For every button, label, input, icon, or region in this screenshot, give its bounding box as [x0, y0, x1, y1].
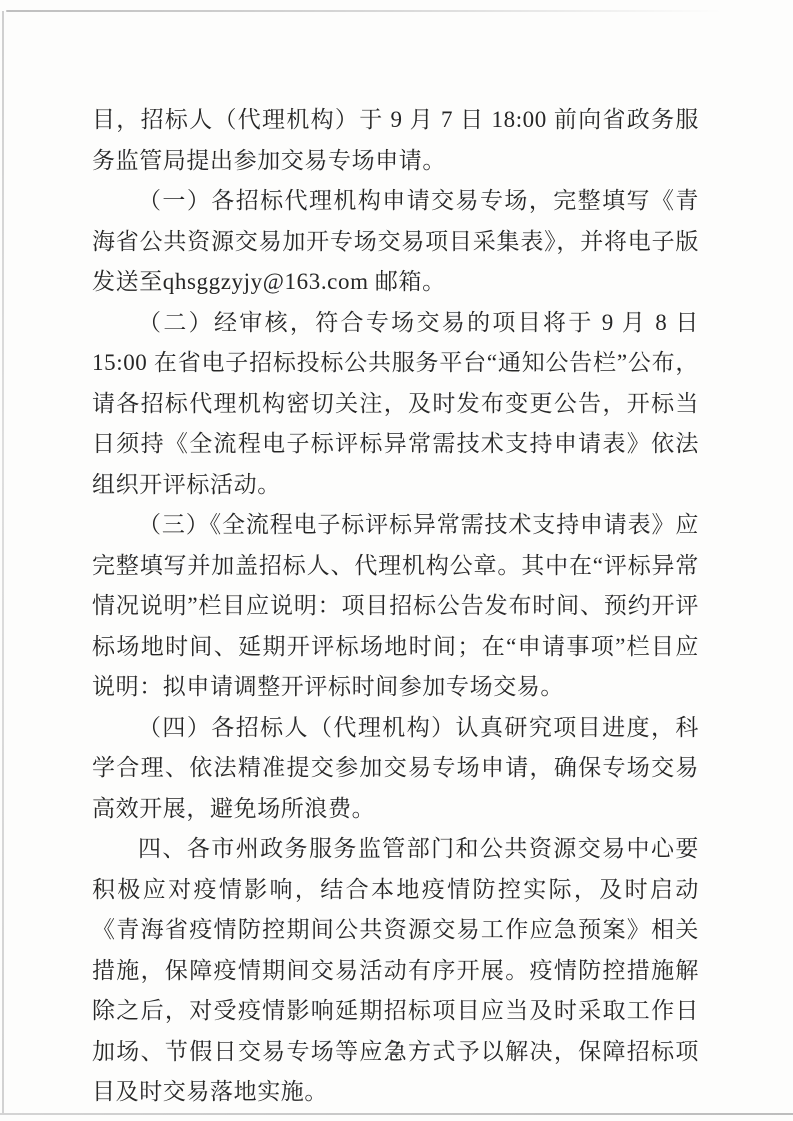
paragraph-section-4: 四、各市州政务服务监管部门和公共资源交易中心要积极应对疫情影响，结合本地疫情防控… [92, 829, 699, 1113]
paragraph-continuation: 目，招标人（代理机构）于 9 月 7 日 18:00 前向省政务服务监管局提出参… [92, 100, 699, 181]
paragraph-item-2: （二）经审核，符合专场交易的项目将于 9 月 8 日 15:00 在省电子招标投… [92, 303, 699, 506]
scan-edge-top [6, 10, 722, 12]
scan-edge-bottom [0, 1113, 793, 1115]
paragraph-item-1: （一）各招标代理机构申请交易专场，完整填写《青海省公共资源交易加开专场交易项目采… [92, 181, 699, 303]
paragraph-item-4: （四）各招标人（代理机构）认真研究项目进度，科学合理、依法精准提交参加交易专场申… [92, 708, 699, 830]
scan-edge-left [2, 11, 4, 1113]
paragraph-item-3: （三）《全流程电子标评标异常需技术支持申请表》应完整填写并加盖招标人、代理机构公… [92, 505, 699, 708]
page-number: – 2 – [0, 1036, 793, 1061]
document-body: 目，招标人（代理机构）于 9 月 7 日 18:00 前向省政务服务监管局提出参… [92, 100, 699, 1113]
scanned-document-page: 目，招标人（代理机构）于 9 月 7 日 18:00 前向省政务服务监管局提出参… [0, 0, 793, 1121]
